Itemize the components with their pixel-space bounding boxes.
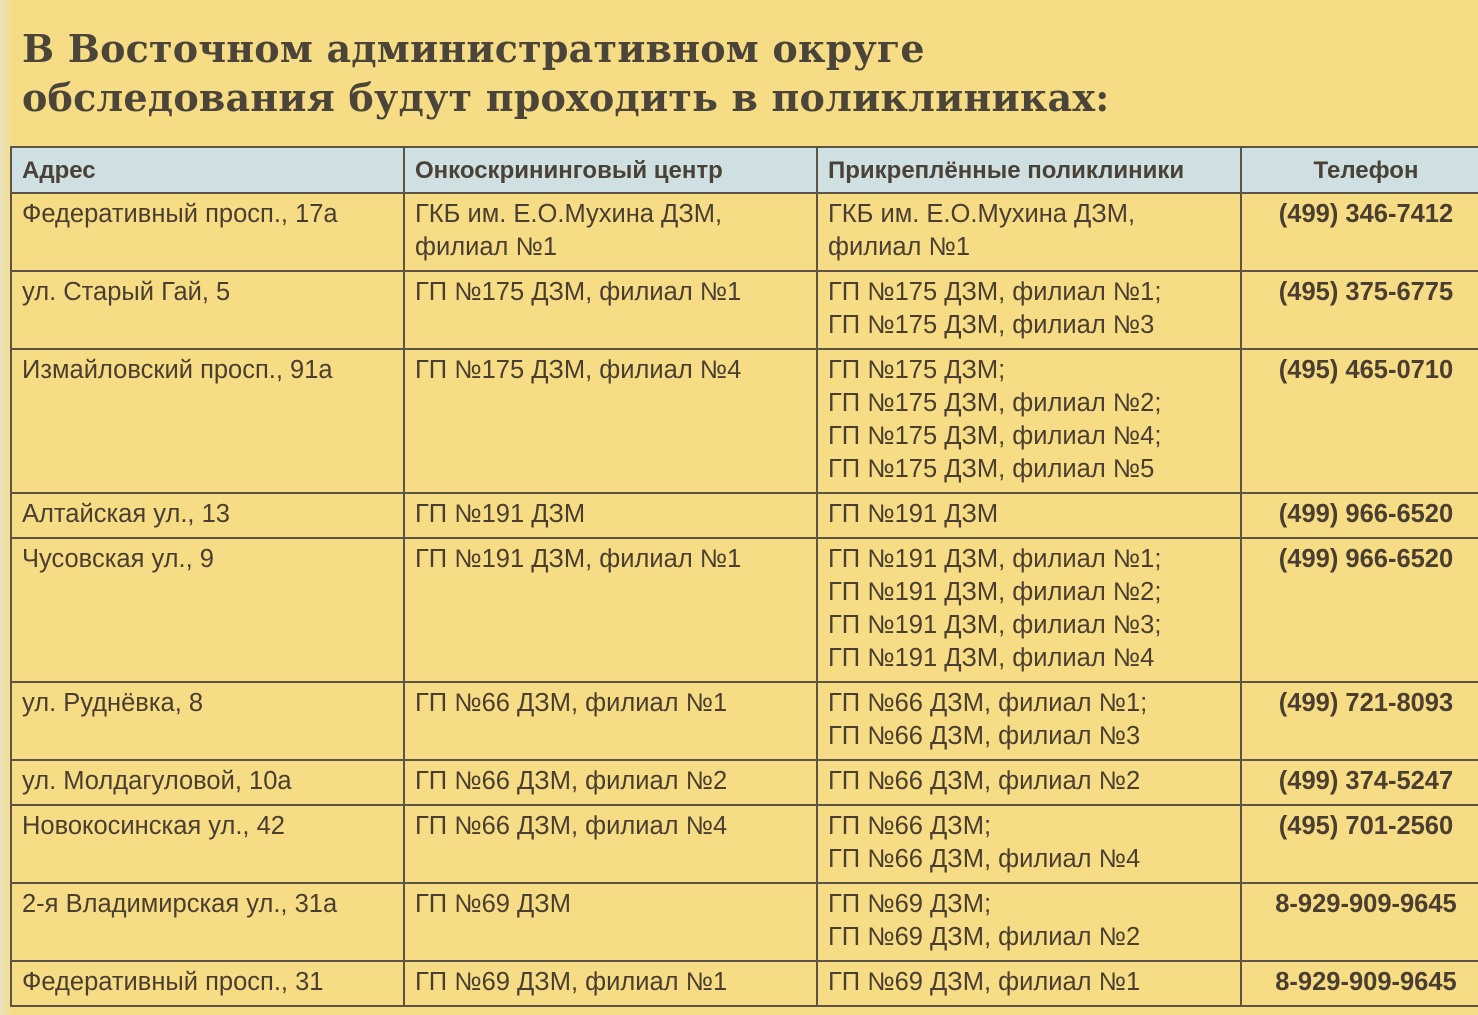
- title-line-1: В Восточном административном округе: [22, 24, 1109, 73]
- clinic-line: ГП №69 ДЗМ, филиал №1: [828, 966, 1230, 999]
- clinic-line: ГП №191 ДЗМ, филиал №2;: [828, 576, 1230, 609]
- center-line: ГП №66 ДЗМ, филиал №4: [415, 810, 806, 843]
- table-row: Федеративный просп., 31ГП №69 ДЗМ, филиа…: [11, 961, 1478, 1006]
- cell-attached-clinics: ГП №175 ДЗМ, филиал №1;ГП №175 ДЗМ, фили…: [817, 271, 1241, 349]
- clinic-line: ГП №175 ДЗМ, филиал №2;: [828, 387, 1230, 420]
- cell-screening-center: ГП №175 ДЗМ, филиал №1: [404, 271, 817, 349]
- clinic-line: ГП №191 ДЗМ, филиал №4: [828, 642, 1230, 675]
- center-line: ГП №191 ДЗМ: [415, 498, 806, 531]
- cell-phone: (495) 375-6775: [1241, 271, 1478, 349]
- cell-screening-center: ГП №175 ДЗМ, филиал №4: [404, 349, 817, 493]
- table-row: Новокосинская ул., 42ГП №66 ДЗМ, филиал …: [11, 805, 1478, 883]
- clinic-line: ГП №175 ДЗМ;: [828, 354, 1230, 387]
- header-phone: Телефон: [1241, 147, 1478, 193]
- center-line: ГП №175 ДЗМ, филиал №1: [415, 276, 806, 309]
- cell-phone: (499) 721-8093: [1241, 682, 1478, 760]
- cell-address: ул. Старый Гай, 5: [11, 271, 404, 349]
- cell-address: Федеративный просп., 17а: [11, 193, 404, 271]
- cell-address: Чусовская ул., 9: [11, 538, 404, 682]
- center-line: филиал №1: [415, 231, 806, 264]
- cell-attached-clinics: ГП №191 ДЗМ: [817, 493, 1241, 538]
- cell-address: Алтайская ул., 13: [11, 493, 404, 538]
- clinic-line: ГП №175 ДЗМ, филиал №3: [828, 309, 1230, 342]
- header-address: Адрес: [11, 147, 404, 193]
- cell-attached-clinics: ГКБ им. Е.О.Мухина ДЗМ,филиал №1: [817, 193, 1241, 271]
- center-line: ГП №175 ДЗМ, филиал №4: [415, 354, 806, 387]
- title-line-2: обследования будут проходить в поликлини…: [22, 73, 1109, 122]
- table-row: ул. Старый Гай, 5ГП №175 ДЗМ, филиал №1Г…: [11, 271, 1478, 349]
- header-attached-clinics: Прикреплённые поликлиники: [817, 147, 1241, 193]
- cell-phone: (499) 346-7412: [1241, 193, 1478, 271]
- cell-phone: (495) 701-2560: [1241, 805, 1478, 883]
- clinic-line: ГП №66 ДЗМ, филиал №1;: [828, 687, 1230, 720]
- clinic-line: ГП №191 ДЗМ, филиал №1;: [828, 543, 1230, 576]
- cell-screening-center: ГП №66 ДЗМ, филиал №1: [404, 682, 817, 760]
- clinic-line: ГП №66 ДЗМ, филиал №3: [828, 720, 1230, 753]
- cell-attached-clinics: ГП №191 ДЗМ, филиал №1;ГП №191 ДЗМ, фили…: [817, 538, 1241, 682]
- cell-address: 2-я Владимирская ул., 31а: [11, 883, 404, 961]
- clinic-line: ГП №66 ДЗМ, филиал №4: [828, 843, 1230, 876]
- clinic-line: ГП №66 ДЗМ, филиал №2: [828, 765, 1230, 798]
- clinic-line: ГП №175 ДЗМ, филиал №1;: [828, 276, 1230, 309]
- cell-address: Федеративный просп., 31: [11, 961, 404, 1006]
- header-screening-center: Онкоскрининговый центр: [404, 147, 817, 193]
- page-title: В Восточном административном округе обсл…: [22, 24, 1109, 122]
- clinic-line: ГП №69 ДЗМ, филиал №2: [828, 921, 1230, 954]
- cell-screening-center: ГП №66 ДЗМ, филиал №4: [404, 805, 817, 883]
- table-header-row: Адрес Онкоскрининговый центр Прикреплённ…: [11, 147, 1478, 193]
- table-row: Федеративный просп., 17аГКБ им. Е.О.Мухи…: [11, 193, 1478, 271]
- center-line: ГКБ им. Е.О.Мухина ДЗМ,: [415, 198, 806, 231]
- cell-attached-clinics: ГП №69 ДЗМ, филиал №1: [817, 961, 1241, 1006]
- table-row: 2-я Владимирская ул., 31аГП №69 ДЗМГП №6…: [11, 883, 1478, 961]
- cell-phone: 8-929-909-9645: [1241, 883, 1478, 961]
- cell-screening-center: ГП №191 ДЗМ: [404, 493, 817, 538]
- clinic-line: ГП №191 ДЗМ: [828, 498, 1230, 531]
- cell-attached-clinics: ГП №175 ДЗМ;ГП №175 ДЗМ, филиал №2;ГП №1…: [817, 349, 1241, 493]
- cell-screening-center: ГП №69 ДЗМ: [404, 883, 817, 961]
- center-line: ГП №191 ДЗМ, филиал №1: [415, 543, 806, 576]
- clinic-line: ГКБ им. Е.О.Мухина ДЗМ,: [828, 198, 1230, 231]
- cell-address: Новокосинская ул., 42: [11, 805, 404, 883]
- clinic-line: ГП №66 ДЗМ;: [828, 810, 1230, 843]
- clinic-line: филиал №1: [828, 231, 1230, 264]
- cell-phone: (499) 966-6520: [1241, 538, 1478, 682]
- table-body: Федеративный просп., 17аГКБ им. Е.О.Мухи…: [11, 193, 1478, 1006]
- center-line: ГП №66 ДЗМ, филиал №1: [415, 687, 806, 720]
- cell-address: ул. Молдагуловой, 10а: [11, 760, 404, 805]
- cell-address: ул. Руднёвка, 8: [11, 682, 404, 760]
- cell-phone: (499) 374-5247: [1241, 760, 1478, 805]
- cell-phone: (495) 465-0710: [1241, 349, 1478, 493]
- cell-attached-clinics: ГП №66 ДЗМ, филиал №2: [817, 760, 1241, 805]
- cell-phone: (499) 966-6520: [1241, 493, 1478, 538]
- clinics-table: Адрес Онкоскрининговый центр Прикреплённ…: [10, 146, 1478, 1007]
- table-row: Алтайская ул., 13ГП №191 ДЗМГП №191 ДЗМ(…: [11, 493, 1478, 538]
- cell-address: Измайловский просп., 91а: [11, 349, 404, 493]
- table-row: Измайловский просп., 91аГП №175 ДЗМ, фил…: [11, 349, 1478, 493]
- cell-attached-clinics: ГП №66 ДЗМ;ГП №66 ДЗМ, филиал №4: [817, 805, 1241, 883]
- newspaper-page: В Восточном административном округе обсл…: [0, 0, 1478, 1015]
- center-line: ГП №69 ДЗМ: [415, 888, 806, 921]
- center-line: ГП №69 ДЗМ, филиал №1: [415, 966, 806, 999]
- clinic-line: ГП №175 ДЗМ, филиал №4;: [828, 420, 1230, 453]
- table-row: ул. Молдагуловой, 10аГП №66 ДЗМ, филиал …: [11, 760, 1478, 805]
- center-line: ГП №66 ДЗМ, филиал №2: [415, 765, 806, 798]
- clinic-line: ГП №191 ДЗМ, филиал №3;: [828, 609, 1230, 642]
- cell-phone: 8-929-909-9645: [1241, 961, 1478, 1006]
- clinic-line: ГП №175 ДЗМ, филиал №5: [828, 453, 1230, 486]
- cell-screening-center: ГП №69 ДЗМ, филиал №1: [404, 961, 817, 1006]
- cell-screening-center: ГП №191 ДЗМ, филиал №1: [404, 538, 817, 682]
- clinic-line: ГП №69 ДЗМ;: [828, 888, 1230, 921]
- table-row: ул. Руднёвка, 8ГП №66 ДЗМ, филиал №1ГП №…: [11, 682, 1478, 760]
- cell-attached-clinics: ГП №69 ДЗМ;ГП №69 ДЗМ, филиал №2: [817, 883, 1241, 961]
- cell-screening-center: ГП №66 ДЗМ, филиал №2: [404, 760, 817, 805]
- cell-screening-center: ГКБ им. Е.О.Мухина ДЗМ,филиал №1: [404, 193, 817, 271]
- cell-attached-clinics: ГП №66 ДЗМ, филиал №1;ГП №66 ДЗМ, филиал…: [817, 682, 1241, 760]
- table-row: Чусовская ул., 9ГП №191 ДЗМ, филиал №1ГП…: [11, 538, 1478, 682]
